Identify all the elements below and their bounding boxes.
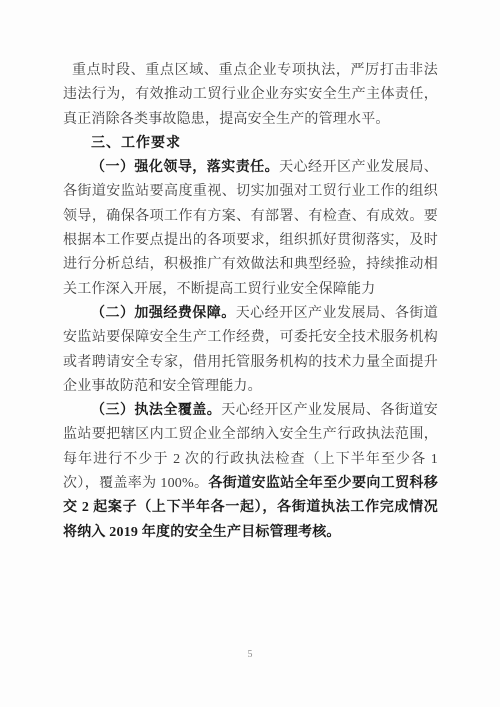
paragraph-item-2: （二）加强经费保障。天心经开区产业发展局、各街道安监站要保障安全生产工作经费，可… xyxy=(63,302,438,399)
item-1-lead-in: （一）强化领导，落实责任。 xyxy=(91,160,279,175)
paragraph-item-3: （三）执法全覆盖。天心经开区产业发展局、各街道安监站要把辖区内工贸企业全部纳入安… xyxy=(63,399,438,545)
section-heading-text: 三、工作要求 xyxy=(91,136,181,151)
carryover-text: 重点时段、重点区域、重点企业专项执法，严厉打击非法违法行为，有效推动工贸行业企业… xyxy=(63,63,438,127)
item-3-lead-in: （三）执法全覆盖。 xyxy=(91,403,221,418)
paragraph-item-1: （一）强化领导，落实责任。天心经开区产业发展局、各街道安监站要高度重视、切实加强… xyxy=(63,156,438,302)
document-body: 重点时段、重点区域、重点企业专项执法，严厉打击非法违法行为，有效推动工贸行业企业… xyxy=(63,59,438,545)
item-2-lead-in: （二）加强经费保障。 xyxy=(91,306,236,321)
document-page: 重点时段、重点区域、重点企业专项执法，严厉打击非法违法行为，有效推动工贸行业企业… xyxy=(0,0,500,707)
page-number: 5 xyxy=(0,649,500,660)
item-1-body-text: 天心经开区产业发展局、各街道安监站要高度重视、切实加强对工贸行业工作的组织领导，… xyxy=(63,160,438,296)
paragraph-carryover: 重点时段、重点区域、重点企业专项执法，严厉打击非法违法行为，有效推动工贸行业企业… xyxy=(63,59,438,132)
section-heading: 三、工作要求 xyxy=(63,132,438,156)
